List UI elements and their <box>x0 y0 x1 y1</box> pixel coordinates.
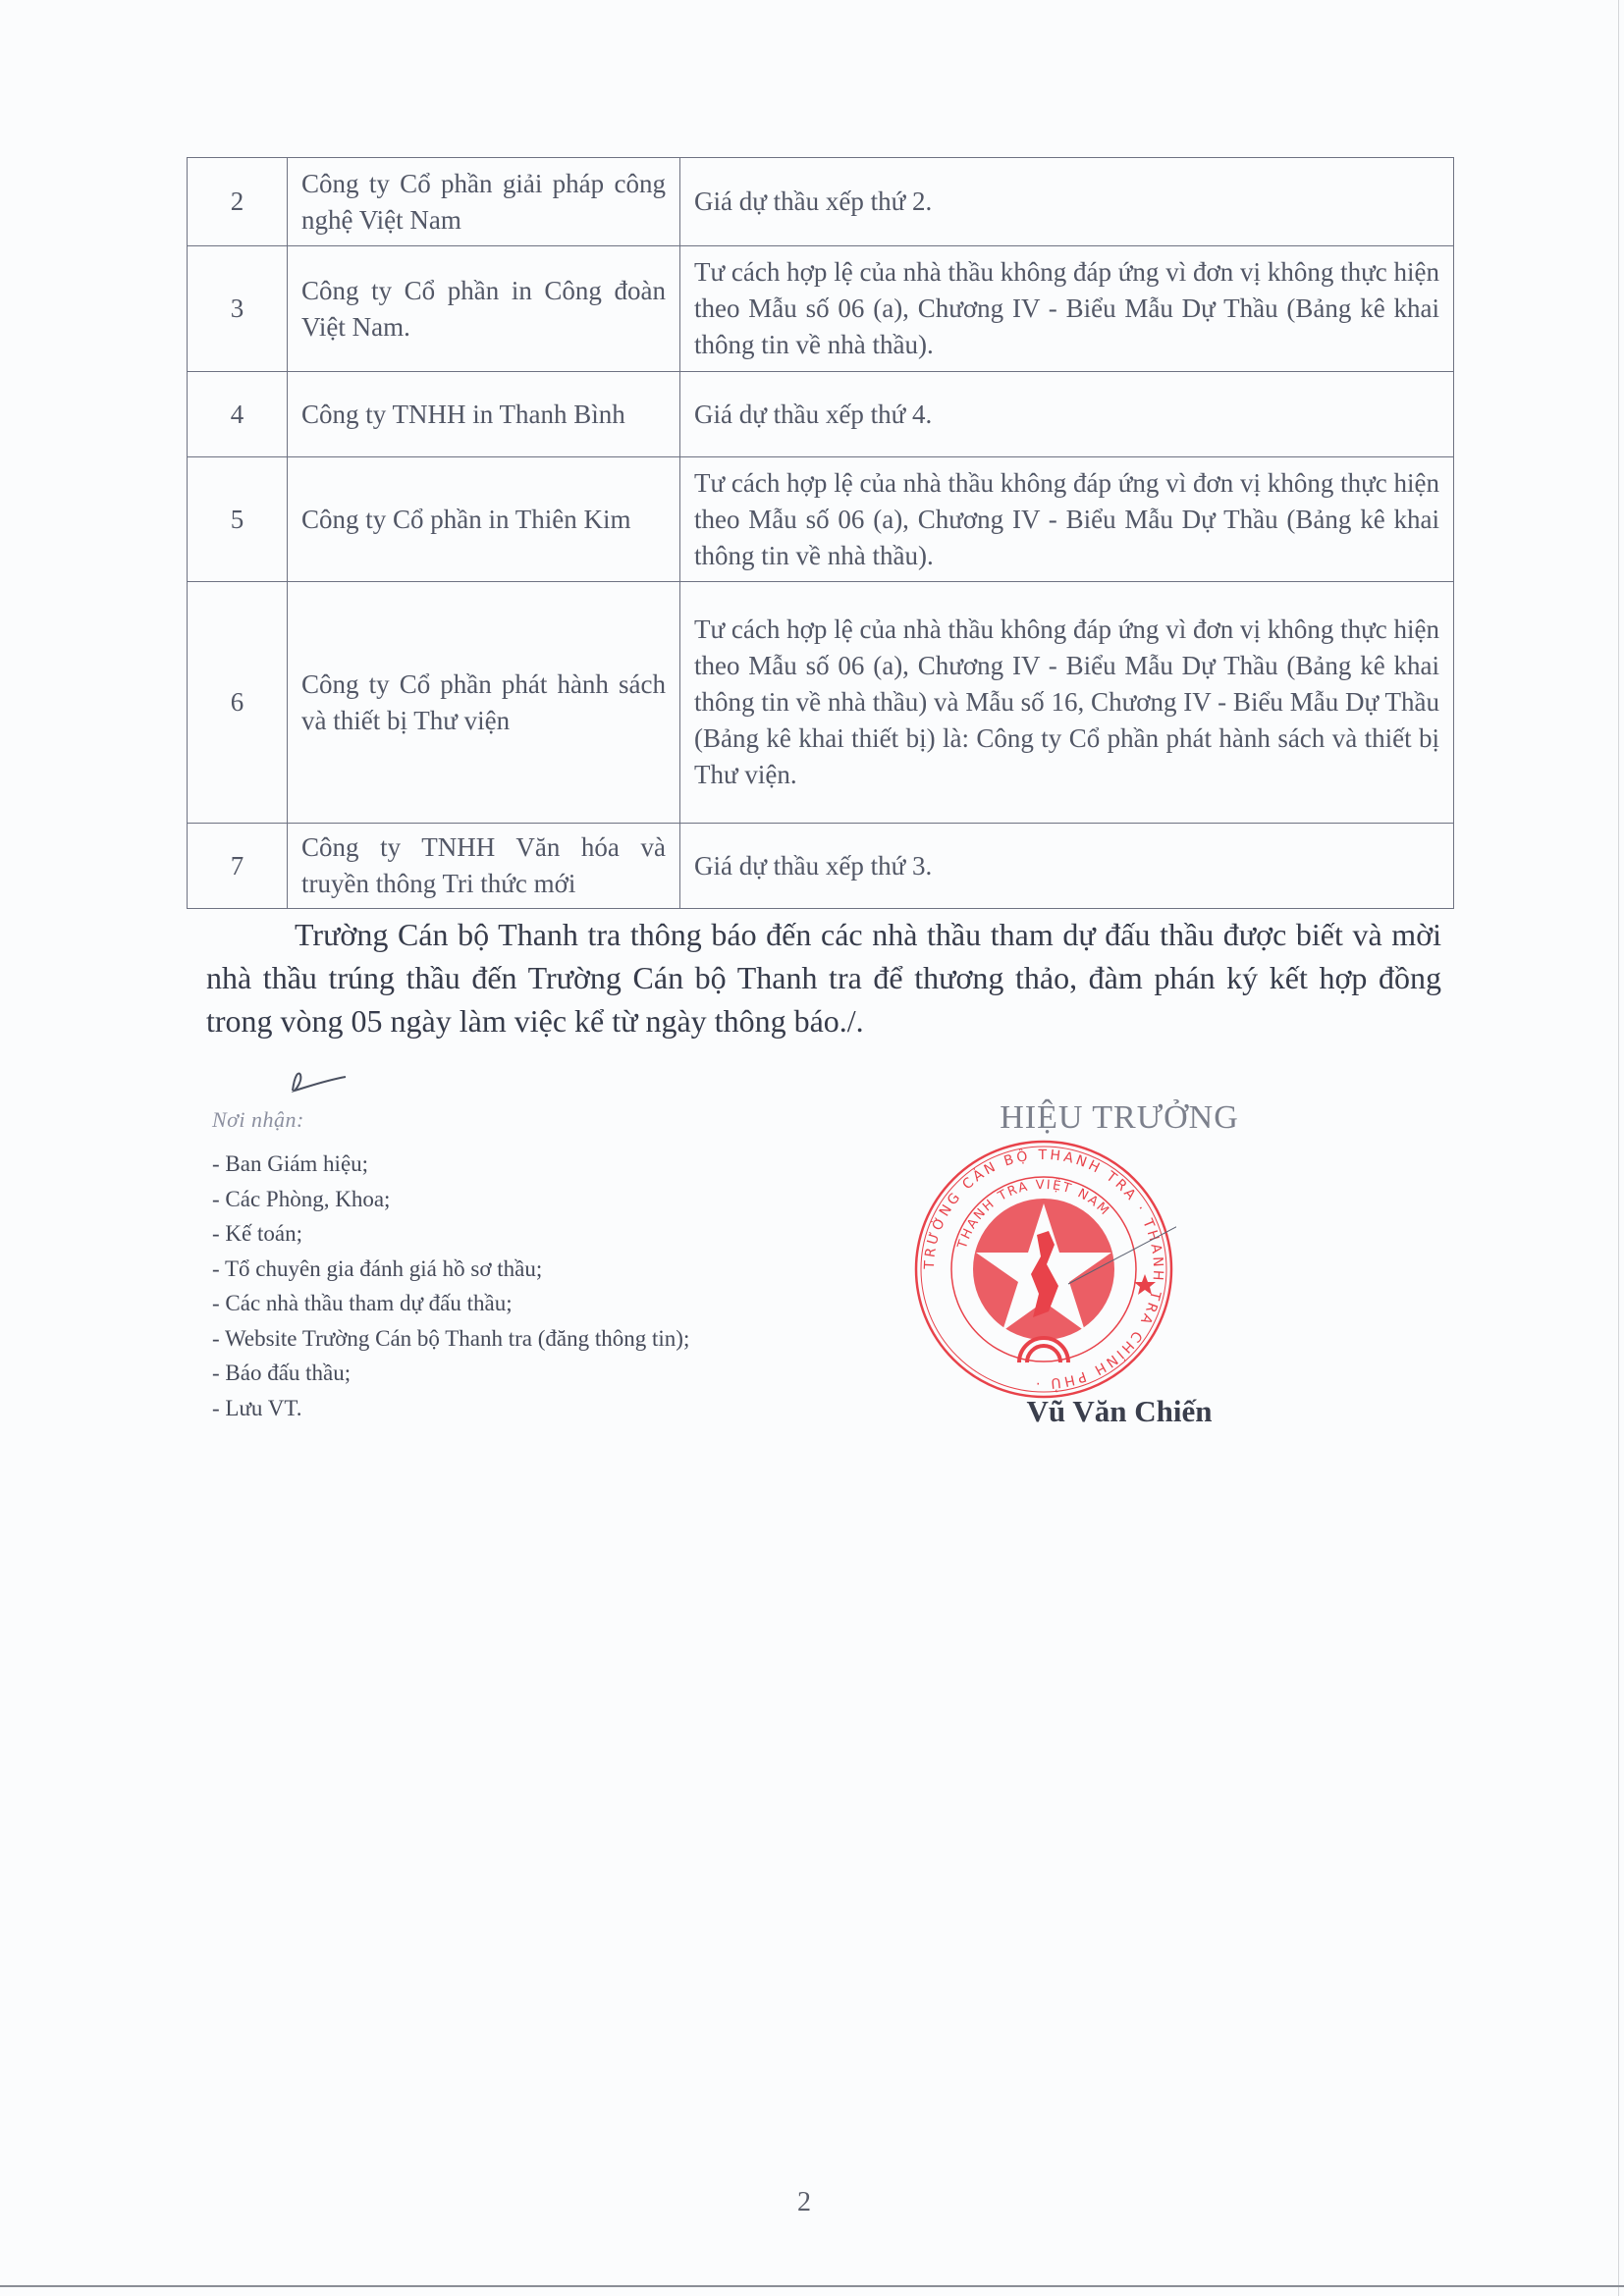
evaluation-note: Giá dự thầu xếp thứ 2. <box>680 158 1454 246</box>
row-number: 4 <box>188 372 288 457</box>
company-name: Công ty Cổ phần in Thiên Kim <box>288 457 680 582</box>
row-number: 7 <box>188 824 288 909</box>
page-number: 2 <box>797 2187 811 2218</box>
company-name: Công ty Cổ phần phát hành sách và thiết … <box>288 582 680 824</box>
recipient-item: - Các Phòng, Khoa; <box>212 1182 689 1217</box>
table-row: 7 Công ty TNHH Văn hóa và truyền thông T… <box>188 824 1454 909</box>
table-row: 2 Công ty Cổ phần giải pháp công nghệ Vi… <box>188 158 1454 246</box>
evaluation-note: Giá dự thầu xếp thứ 3. <box>680 824 1454 909</box>
page-edge <box>1618 0 1619 2296</box>
company-name: Công ty Cổ phần giải pháp công nghệ Việt… <box>288 158 680 246</box>
table-row: 4 Công ty TNHH in Thanh Bình Giá dự thầu… <box>188 372 1454 457</box>
recipients-title: Nơi nhận: <box>212 1107 689 1133</box>
evaluation-note: Tư cách hợp lệ của nhà thầu không đáp ứn… <box>680 457 1454 582</box>
signature-block: HIỆU TRƯỞNG Vũ Văn Chiến <box>923 1099 1316 1137</box>
recipient-item: - Các nhà thầu tham dự đấu thầu; <box>212 1286 689 1321</box>
row-number: 2 <box>188 158 288 246</box>
page-edge <box>0 2285 1624 2287</box>
table-row: 6 Công ty Cổ phần phát hành sách và thiế… <box>188 582 1454 824</box>
recipient-item: - Website Trường Cán bộ Thanh tra (đăng … <box>212 1321 689 1357</box>
evaluation-note: Tư cách hợp lệ của nhà thầu không đáp ứn… <box>680 582 1454 824</box>
evaluation-note: Giá dự thầu xếp thứ 4. <box>680 372 1454 457</box>
row-number: 5 <box>188 457 288 582</box>
recipient-item: - Tổ chuyên gia đánh giá hồ sơ thầu; <box>212 1252 689 1287</box>
initial-mark-icon <box>285 1065 353 1095</box>
table-row: 5 Công ty Cổ phần in Thiên Kim Tư cách h… <box>188 457 1454 582</box>
table-row: 3 Công ty Cổ phần in Công đoàn Việt Nam.… <box>188 246 1454 372</box>
closing-paragraph: Trường Cán bộ Thanh tra thông báo đến cá… <box>206 913 1441 1042</box>
company-name: Công ty TNHH Văn hóa và truyền thông Tri… <box>288 824 680 909</box>
recipients-list: - Ban Giám hiệu; - Các Phòng, Khoa; - Kế… <box>212 1147 689 1425</box>
row-number: 3 <box>188 246 288 372</box>
recipient-item: - Lưu VT. <box>212 1391 689 1426</box>
recipient-item: - Báo đấu thầu; <box>212 1356 689 1391</box>
official-seal-icon: TRƯỜNG CÁN BỘ THANH TRA · THANH TRA CHÍN… <box>911 1137 1176 1402</box>
row-number: 6 <box>188 582 288 824</box>
recipient-item: - Kế toán; <box>212 1216 689 1252</box>
closing-text: Trường Cán bộ Thanh tra thông báo đến cá… <box>206 917 1441 1039</box>
evaluation-note: Tư cách hợp lệ của nhà thầu không đáp ứn… <box>680 246 1454 372</box>
company-name: Công ty Cổ phần in Công đoàn Việt Nam. <box>288 246 680 372</box>
recipient-item: - Ban Giám hiệu; <box>212 1147 689 1182</box>
company-name: Công ty TNHH in Thanh Bình <box>288 372 680 457</box>
recipients-block: Nơi nhận: - Ban Giám hiệu; - Các Phòng, … <box>212 1107 689 1425</box>
signer-title: HIỆU TRƯỞNG <box>923 1099 1316 1137</box>
bidder-results-table: 2 Công ty Cổ phần giải pháp công nghệ Vi… <box>187 157 1454 909</box>
